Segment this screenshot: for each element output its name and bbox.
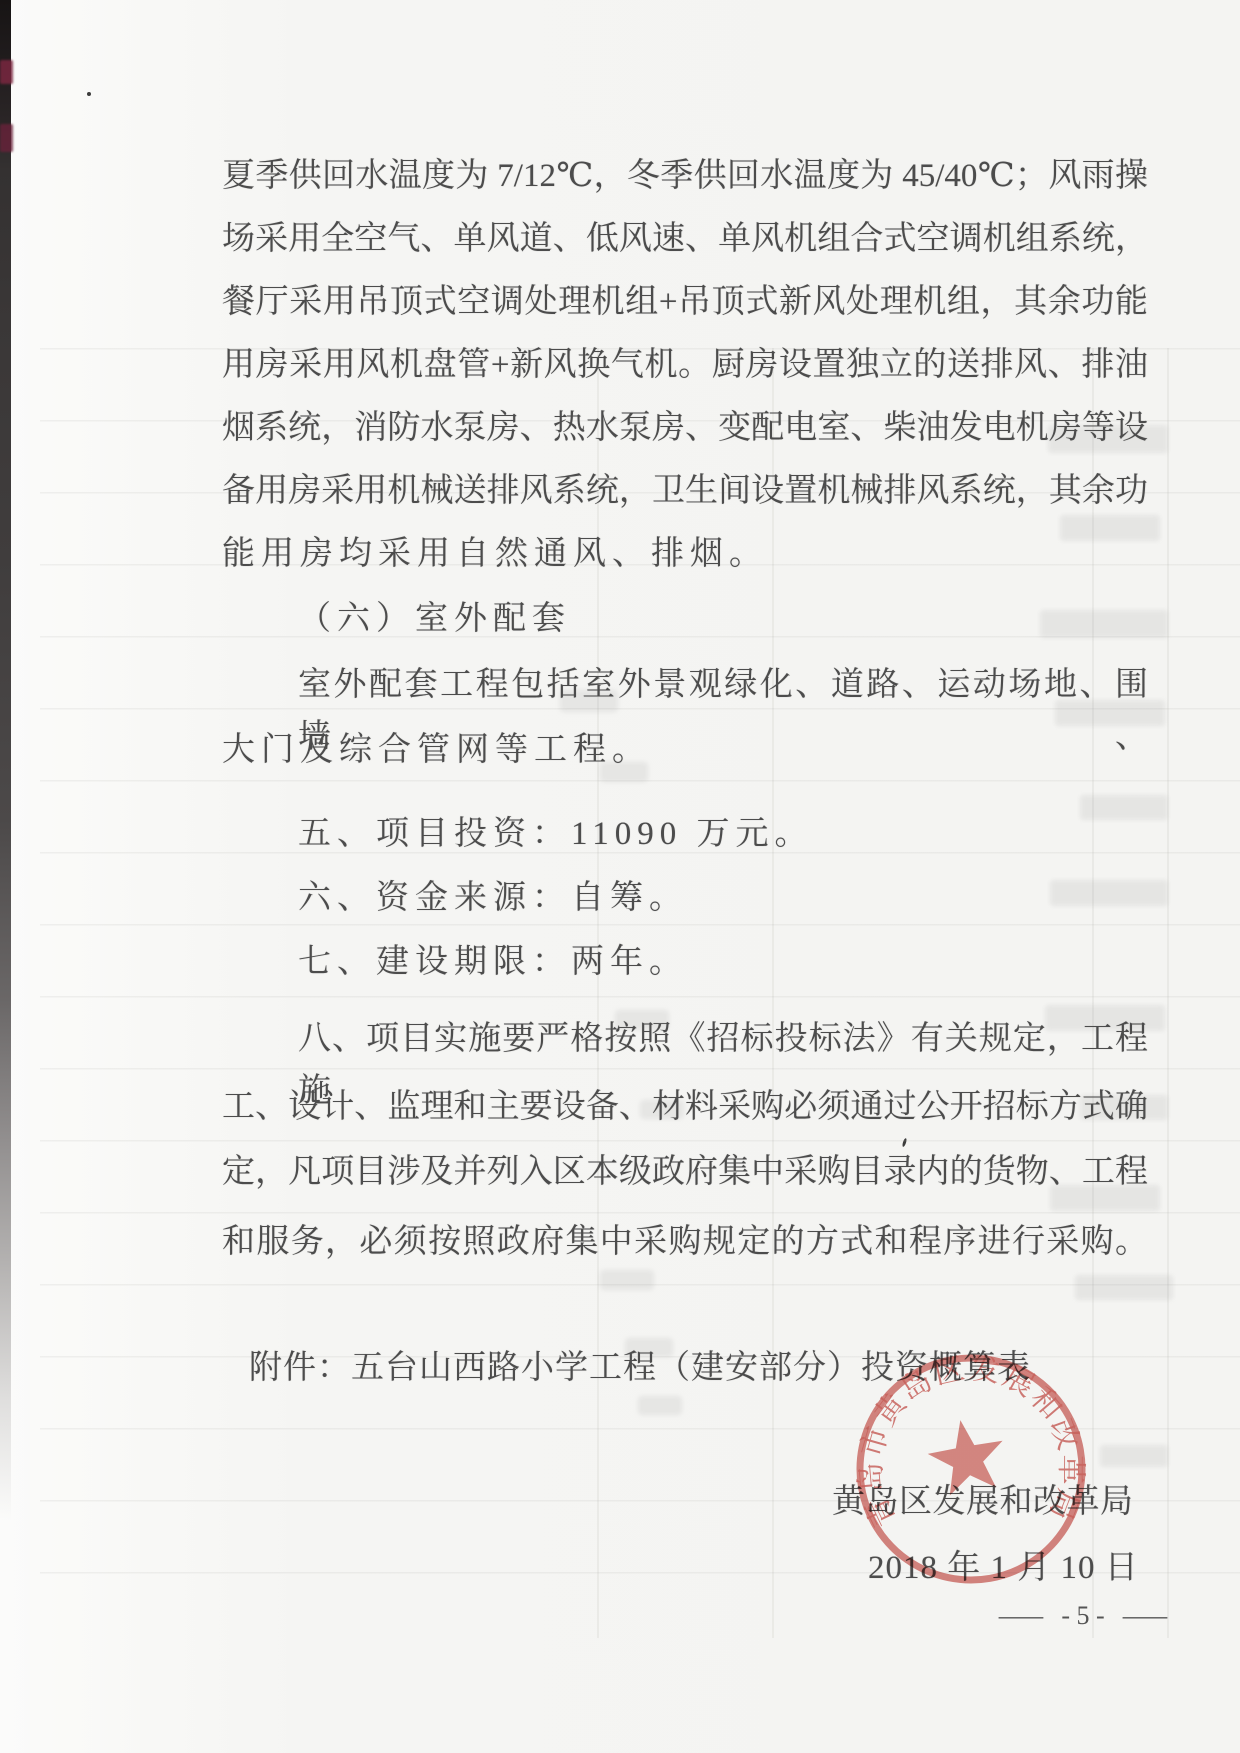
body-line: 八、项目实施要严格按照《招标投标法》有关规定，工程施	[222, 1013, 1148, 1065]
body-line: 工、设计、监理和主要设备、材料采购必须通过公开招标方式确	[222, 1081, 1148, 1133]
scan-edge-artifact	[0, 0, 11, 1753]
body-line: 用房采用风机盘管+新风换气机。厨房设置独立的送排风、排油	[222, 339, 1148, 391]
section-heading: （六）室外配套	[222, 593, 1148, 645]
stamp-star-icon	[923, 1414, 1010, 1498]
body-line: 烟系统，消防水泵房、热水泵房、变配电室、柴油发电机房等设	[222, 402, 1148, 454]
footer-dash-right: —	[1123, 1601, 1167, 1631]
body-line: 和服务，必须按照政府集中采购规定的方式和程序进行采购。	[222, 1216, 1148, 1268]
item-duration: 七、建设期限：两年。	[222, 936, 1148, 988]
body-line: 能用房均采用自然通风、排烟。	[222, 528, 1148, 580]
scan-edge-red-patch	[0, 60, 13, 84]
footer-page-label: - 5 -	[1061, 1601, 1104, 1631]
footer-dash-left: —	[999, 1601, 1043, 1631]
scan-edge-red-patch	[0, 124, 13, 152]
item-investment: 五、项目投资：11090 万元。	[222, 808, 1148, 860]
bleedthrough-grid-vertical	[1167, 348, 1169, 1638]
scanned-document-page: 夏季供回水温度为 7/12℃，冬季供回水温度为 45/40℃；风雨操 场采用全空…	[0, 0, 1240, 1753]
body-line: 夏季供回水温度为 7/12℃，冬季供回水温度为 45/40℃；风雨操	[222, 150, 1148, 202]
scan-speck	[87, 92, 91, 96]
body-line: 餐厅采用吊顶式空调处理机组+吊顶式新风处理机组，其余功能	[222, 276, 1148, 328]
item-funding: 六、资金来源：自筹。	[222, 872, 1148, 924]
body-line: 场采用全空气、单风道、低风速、单风机组合式空调机组系统，	[222, 213, 1148, 265]
body-line: 定，凡项目涉及并列入区本级政府集中采购目录内的货物、工程	[222, 1146, 1148, 1198]
body-line: 备用房采用机械送排风系统，卫生间设置机械排风系统，其余功	[222, 465, 1148, 517]
page-number: — - 5 - —	[1008, 1598, 1158, 1634]
body-line: 大门及综合管网等工程。	[222, 724, 1148, 776]
body-line: 室外配套工程包括室外景观绿化、道路、运动场地、围墙、	[222, 659, 1148, 711]
official-red-stamp: 青岛市黄岛区发展和改革局	[832, 1330, 1110, 1608]
